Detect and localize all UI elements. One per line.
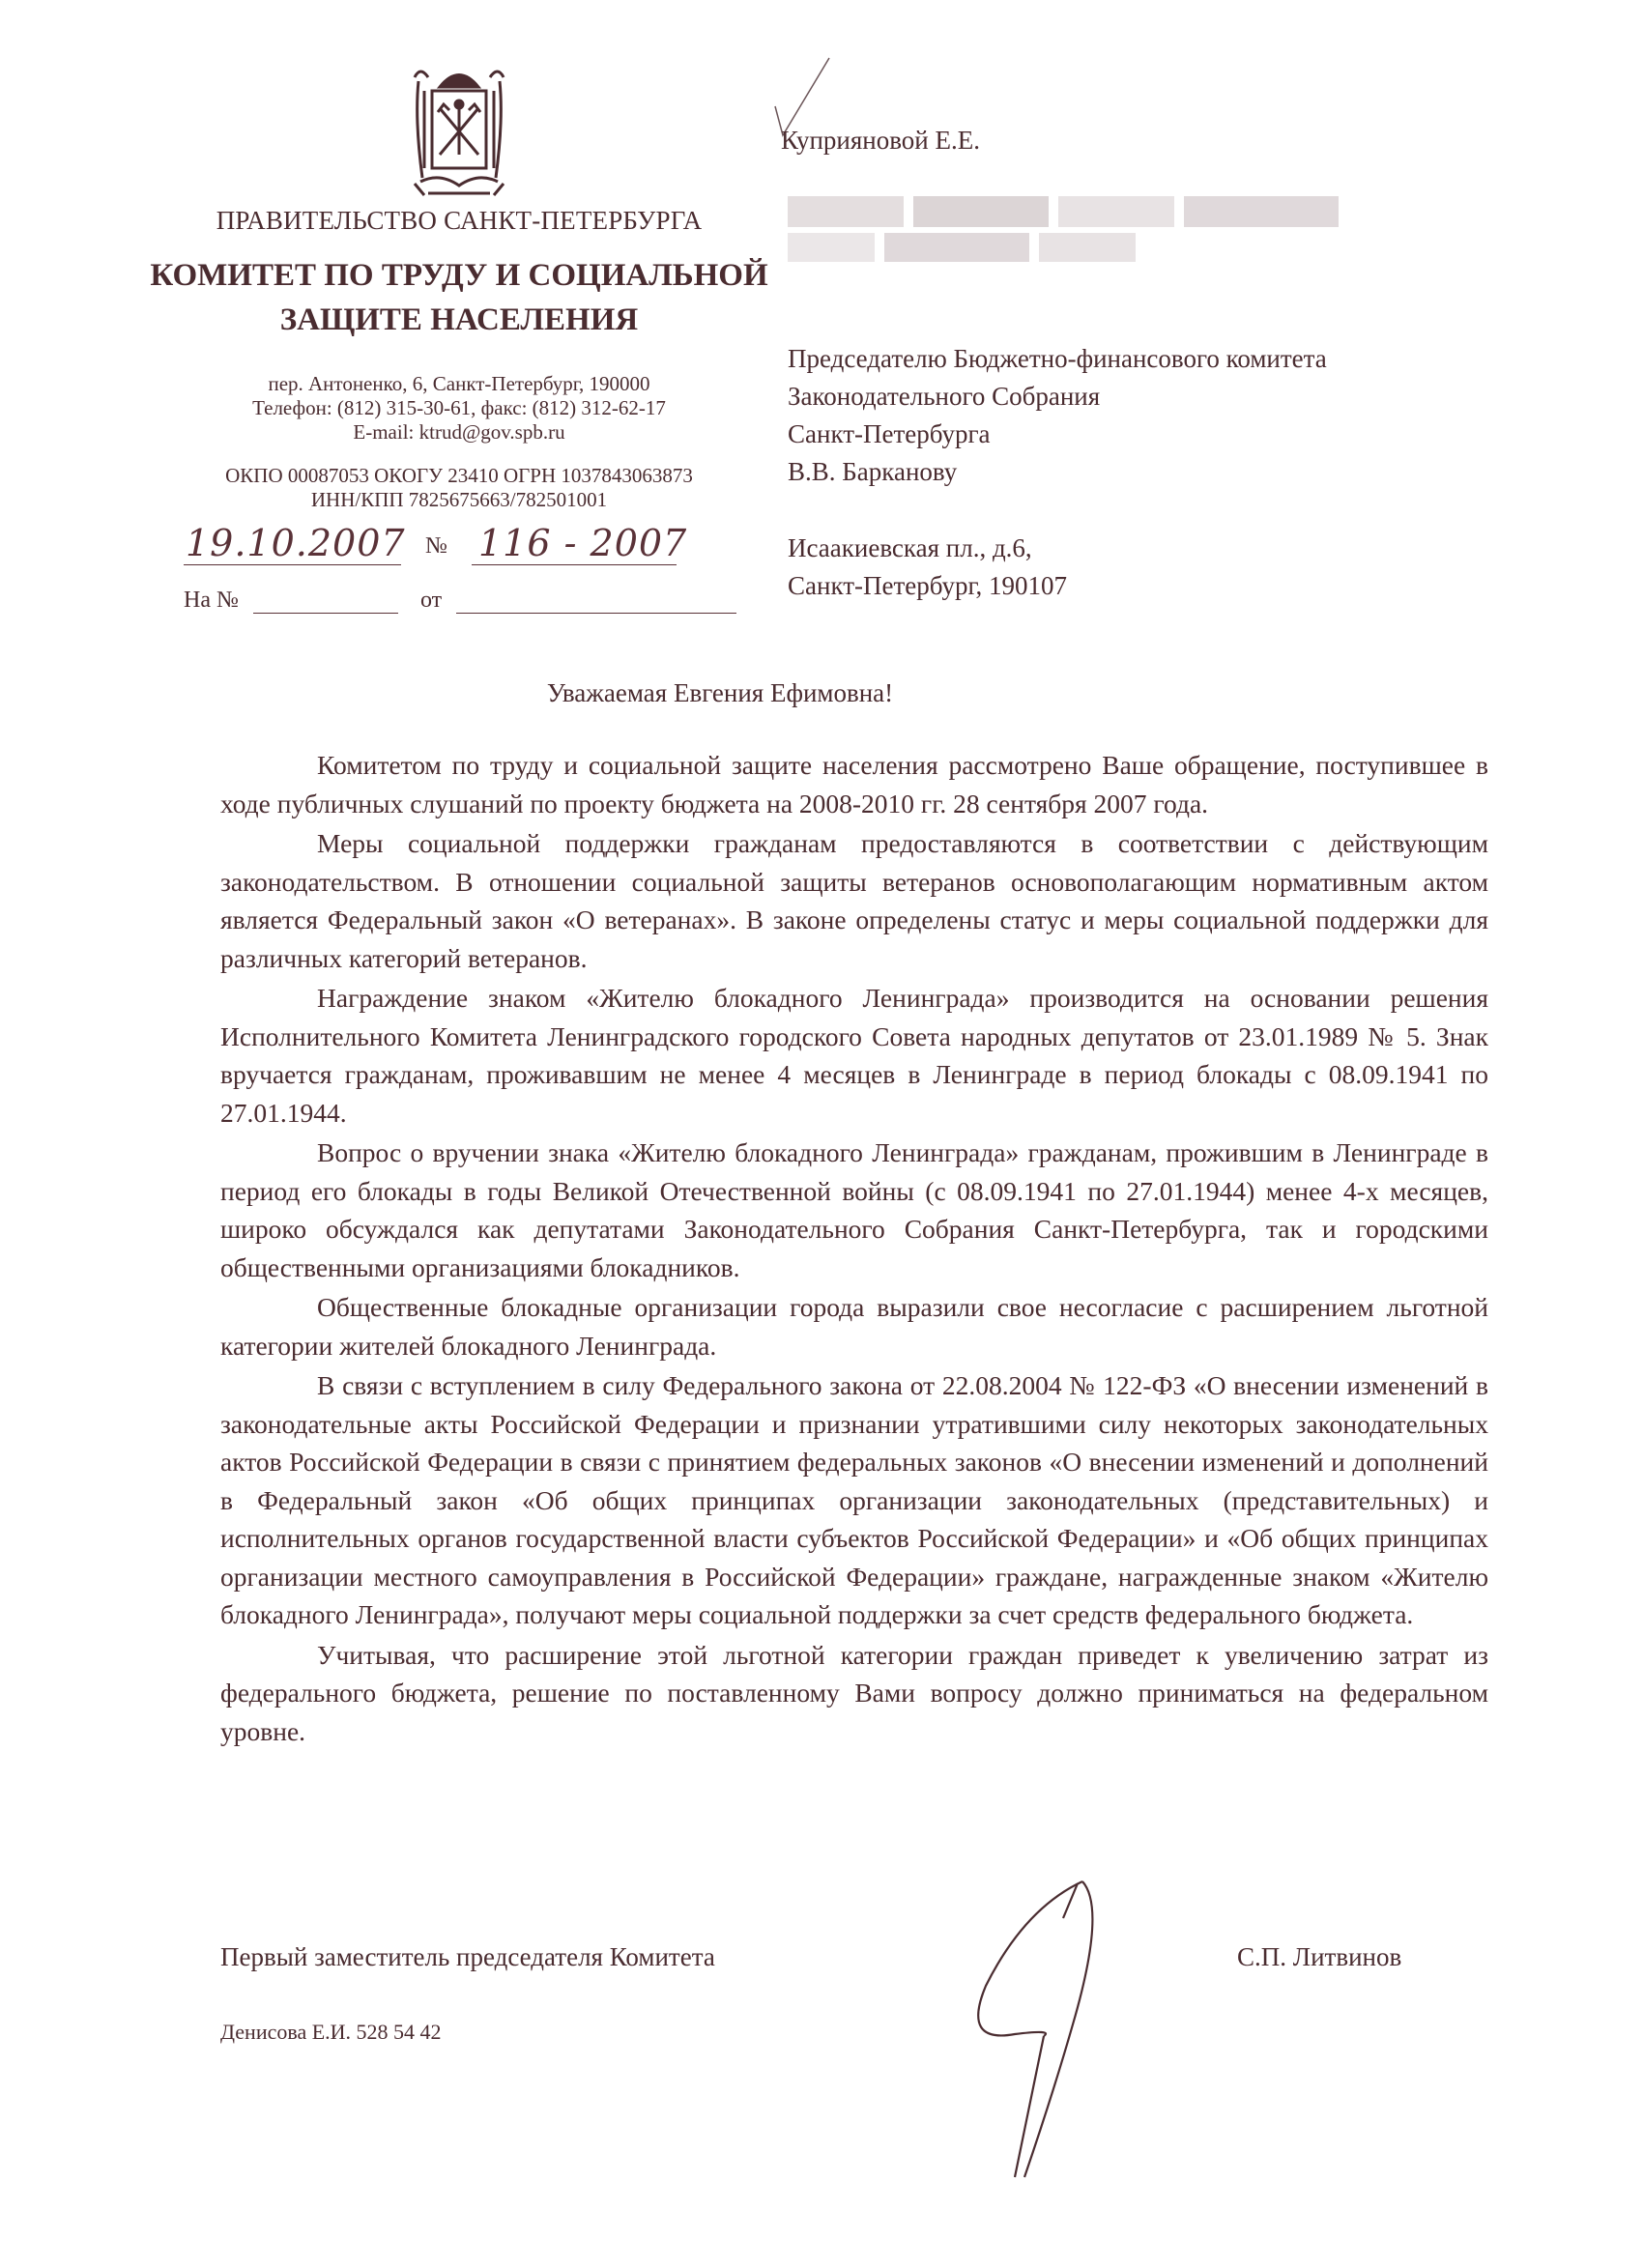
body-paragraph: Комитетом по труду и социальной защите н… [220, 746, 1488, 822]
body-paragraph: Общественные блокадные организации город… [220, 1288, 1488, 1364]
government-name: ПРАВИТЕЛЬСТВО САНКТ-ПЕТЕРБУРГА [145, 206, 773, 236]
body-paragraph: Учитывая, что расширение этой льготной к… [220, 1636, 1488, 1751]
body-paragraph: Награждение знаком «Жителю блокадного Ле… [220, 979, 1488, 1132]
committee-name-line-2: ЗАЩИТЕ НАСЕЛЕНИЯ [135, 298, 783, 342]
salutation: Уважаемая Евгения Ефимовна! [213, 678, 1227, 708]
number-sign: № [425, 533, 447, 560]
routing-name: Куприяновой Е.Е. [781, 126, 980, 156]
addressee-block: Председателю Бюджетно-финансового комите… [788, 340, 1327, 491]
outgoing-date: 19.10.2007 [186, 522, 406, 564]
committee-name-line-1: КОМИТЕТ ПО ТРУДУ И СОЦИАЛЬНОЙ [135, 253, 783, 298]
reply-from-label: от [420, 588, 442, 614]
executor-contact: Денисова Е.И. 528 54 42 [220, 2020, 442, 2045]
committee-contacts: пер. Антоненко, 6, Санкт-Петербург, 1900… [145, 372, 773, 445]
committee-address: пер. Антоненко, 6, Санкт-Петербург, 1900… [145, 372, 773, 396]
body-paragraph: Меры социальной поддержки гражданам пред… [220, 824, 1488, 977]
body-paragraph: В связи с вступлением в силу Федеральног… [220, 1366, 1488, 1634]
committee-phone: Телефон: (812) 315-30-61, факс: (812) 31… [145, 396, 773, 420]
registration-codes: ОКПО 00087053 ОКОГУ 23410 ОГРН 103784306… [145, 464, 773, 512]
signatory-title: Первый заместитель председателя Комитета [220, 1942, 715, 1972]
letter-body: Комитетом по труду и социальной защите н… [220, 746, 1488, 1752]
address-line: Санкт-Петербург, 190107 [788, 567, 1067, 605]
redacted-block [788, 196, 1368, 266]
outgoing-number: 116 - 2007 [478, 522, 687, 564]
addressee-line: Председателю Бюджетно-финансового комите… [788, 340, 1327, 378]
addressee-line: Санкт-Петербурга [788, 416, 1327, 453]
address-line: Исаакиевская пл., д.6, [788, 530, 1067, 567]
registration-codes-line-2: ИНН/КПП 7825675663/782501001 [145, 488, 773, 512]
body-paragraph: Вопрос о вручении знака «Жителю блокадно… [220, 1134, 1488, 1286]
addressee-line: Законодательного Собрания [788, 378, 1327, 416]
reply-to-label: На № [184, 588, 239, 613]
handwritten-signature-icon [966, 1870, 1150, 2179]
outgoing-registration-line: 19.10.2007 № 116 - 2007 [184, 522, 725, 570]
reply-reference-line: На № от [184, 588, 744, 614]
committee-name: КОМИТЕТ ПО ТРУДУ И СОЦИАЛЬНОЙ ЗАЩИТЕ НАС… [135, 253, 783, 342]
committee-email: E-mail: ktrud@gov.spb.ru [145, 420, 773, 445]
registration-codes-line-1: ОКПО 00087053 ОКОГУ 23410 ОГРН 103784306… [145, 464, 773, 488]
addressee-address: Исаакиевская пл., д.6, Санкт-Петербург, … [788, 530, 1067, 605]
addressee-line: В.В. Барканову [788, 453, 1327, 491]
coat-of-arms-icon [401, 58, 517, 203]
signatory-name: С.П. Литвинов [1237, 1942, 1401, 1972]
